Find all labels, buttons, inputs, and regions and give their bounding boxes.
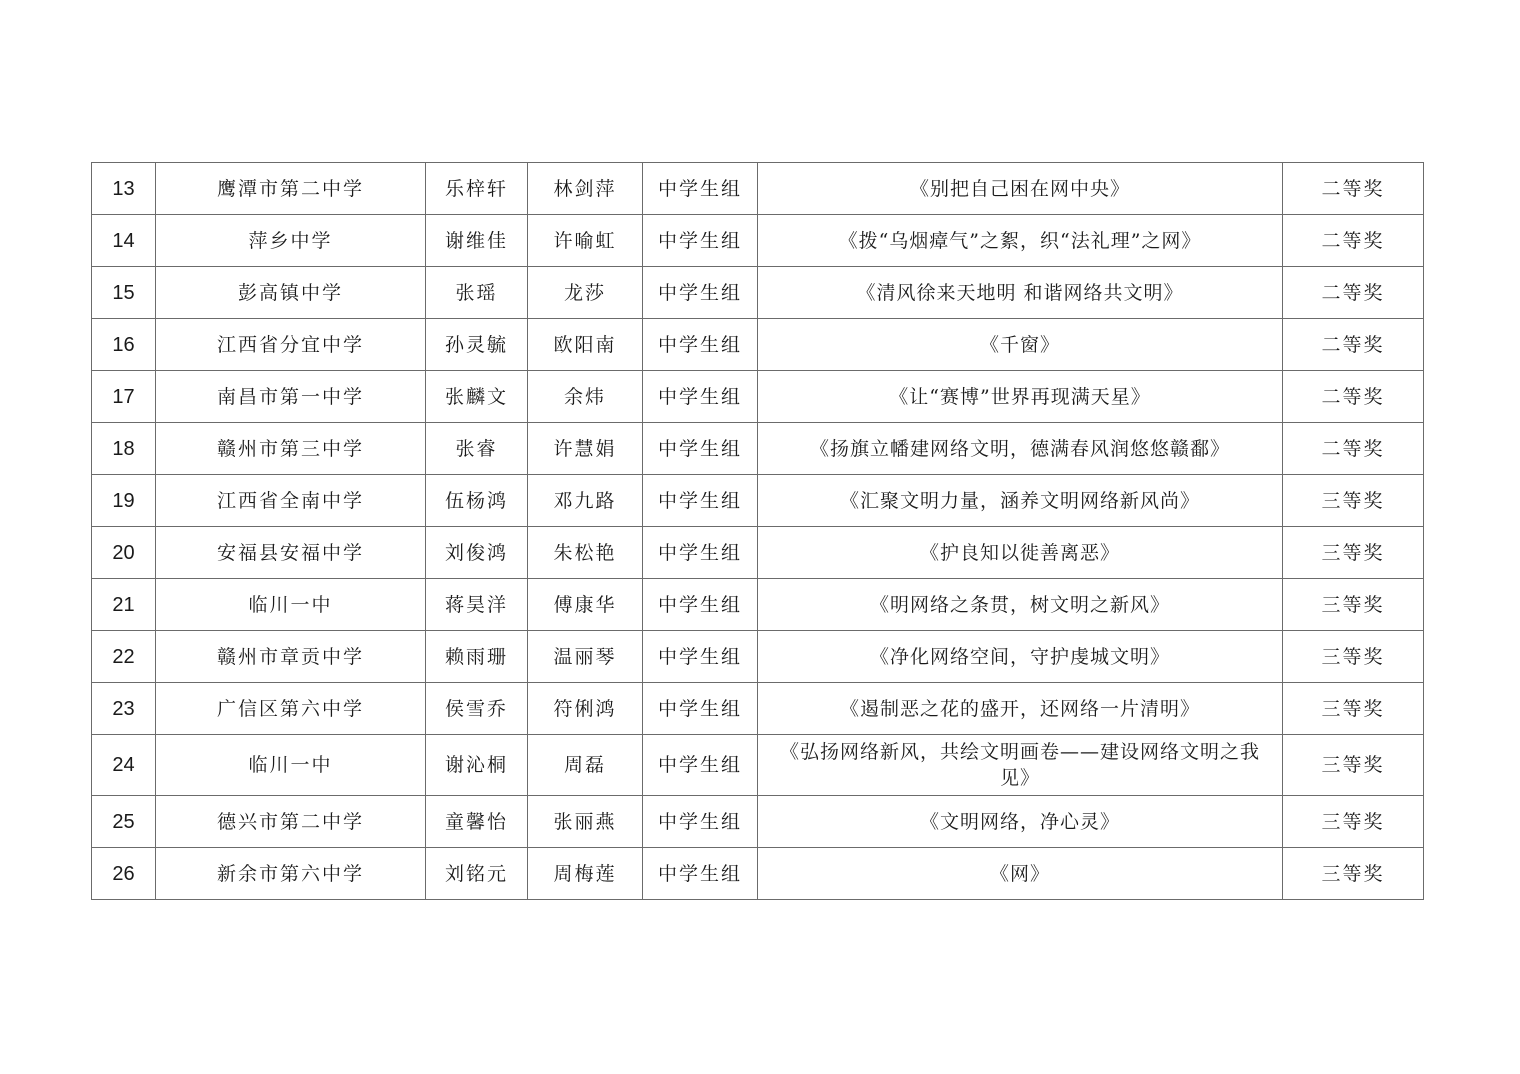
school-cell: 安福县安福中学 bbox=[156, 527, 426, 579]
student-cell: 谢维佳 bbox=[426, 215, 528, 267]
award-cell: 三等奖 bbox=[1283, 796, 1424, 848]
teacher-cell: 邓九路 bbox=[528, 475, 643, 527]
group-cell: 中学生组 bbox=[643, 163, 758, 215]
table-row: 20 安福县安福中学 刘俊鸿 朱松艳 中学生组 《护良知以徙善离恶》 三等奖 bbox=[92, 527, 1424, 579]
awards-table: 13 鹰潭市第二中学 乐梓轩 林剑萍 中学生组 《别把自己困在网中央》 二等奖 … bbox=[91, 162, 1424, 900]
table-row: 24 临川一中 谢沁桐 周磊 中学生组 《弘扬网络新风，共绘文明画卷——建设网络… bbox=[92, 735, 1424, 796]
student-cell: 刘铭元 bbox=[426, 848, 528, 900]
school-cell: 萍乡中学 bbox=[156, 215, 426, 267]
title-cell: 《护良知以徙善离恶》 bbox=[758, 527, 1283, 579]
teacher-cell: 余炜 bbox=[528, 371, 643, 423]
title-cell: 《弘扬网络新风，共绘文明画卷——建设网络文明之我见》 bbox=[758, 735, 1283, 796]
teacher-cell: 符俐鸿 bbox=[528, 683, 643, 735]
table-row: 13 鹰潭市第二中学 乐梓轩 林剑萍 中学生组 《别把自己困在网中央》 二等奖 bbox=[92, 163, 1424, 215]
award-cell: 三等奖 bbox=[1283, 735, 1424, 796]
school-cell: 赣州市章贡中学 bbox=[156, 631, 426, 683]
student-cell: 刘俊鸿 bbox=[426, 527, 528, 579]
award-cell: 三等奖 bbox=[1283, 475, 1424, 527]
row-number: 15 bbox=[92, 267, 156, 319]
award-cell: 三等奖 bbox=[1283, 683, 1424, 735]
school-cell: 鹰潭市第二中学 bbox=[156, 163, 426, 215]
student-cell: 侯雪乔 bbox=[426, 683, 528, 735]
table-row: 14 萍乡中学 谢维佳 许喻虹 中学生组 《拨“乌烟瘴气”之絮，织“法礼理”之网… bbox=[92, 215, 1424, 267]
group-cell: 中学生组 bbox=[643, 579, 758, 631]
school-cell: 南昌市第一中学 bbox=[156, 371, 426, 423]
row-number: 25 bbox=[92, 796, 156, 848]
row-number: 26 bbox=[92, 848, 156, 900]
student-cell: 孙灵毓 bbox=[426, 319, 528, 371]
title-cell: 《净化网络空间，守护虔城文明》 bbox=[758, 631, 1283, 683]
student-cell: 伍杨鸿 bbox=[426, 475, 528, 527]
teacher-cell: 傅康华 bbox=[528, 579, 643, 631]
table-row: 18 赣州市第三中学 张睿 许慧娟 中学生组 《扬旗立幡建网络文明，德满春风润悠… bbox=[92, 423, 1424, 475]
title-cell: 《清风徐来天地明 和谐网络共文明》 bbox=[758, 267, 1283, 319]
row-number: 17 bbox=[92, 371, 156, 423]
award-cell: 三等奖 bbox=[1283, 848, 1424, 900]
row-number: 22 bbox=[92, 631, 156, 683]
award-cell: 二等奖 bbox=[1283, 215, 1424, 267]
teacher-cell: 张丽燕 bbox=[528, 796, 643, 848]
school-cell: 赣州市第三中学 bbox=[156, 423, 426, 475]
group-cell: 中学生组 bbox=[643, 423, 758, 475]
student-cell: 童馨怡 bbox=[426, 796, 528, 848]
group-cell: 中学生组 bbox=[643, 215, 758, 267]
table-row: 16 江西省分宜中学 孙灵毓 欧阳南 中学生组 《千窗》 二等奖 bbox=[92, 319, 1424, 371]
teacher-cell: 许喻虹 bbox=[528, 215, 643, 267]
row-number: 20 bbox=[92, 527, 156, 579]
school-cell: 临川一中 bbox=[156, 735, 426, 796]
teacher-cell: 龙莎 bbox=[528, 267, 643, 319]
student-cell: 蒋昊洋 bbox=[426, 579, 528, 631]
student-cell: 乐梓轩 bbox=[426, 163, 528, 215]
teacher-cell: 周梅莲 bbox=[528, 848, 643, 900]
row-number: 19 bbox=[92, 475, 156, 527]
title-cell: 《网》 bbox=[758, 848, 1283, 900]
school-cell: 江西省全南中学 bbox=[156, 475, 426, 527]
title-cell: 《遏制恶之花的盛开，还网络一片清明》 bbox=[758, 683, 1283, 735]
student-cell: 张麟文 bbox=[426, 371, 528, 423]
title-cell: 《汇聚文明力量，涵养文明网络新风尚》 bbox=[758, 475, 1283, 527]
school-cell: 广信区第六中学 bbox=[156, 683, 426, 735]
award-cell: 二等奖 bbox=[1283, 319, 1424, 371]
row-number: 13 bbox=[92, 163, 156, 215]
table-row: 21 临川一中 蒋昊洋 傅康华 中学生组 《明网络之条贯，树文明之新风》 三等奖 bbox=[92, 579, 1424, 631]
teacher-cell: 欧阳南 bbox=[528, 319, 643, 371]
group-cell: 中学生组 bbox=[643, 475, 758, 527]
table-row: 26 新余市第六中学 刘铭元 周梅莲 中学生组 《网》 三等奖 bbox=[92, 848, 1424, 900]
table-row: 23 广信区第六中学 侯雪乔 符俐鸿 中学生组 《遏制恶之花的盛开，还网络一片清… bbox=[92, 683, 1424, 735]
row-number: 18 bbox=[92, 423, 156, 475]
title-cell: 《文明网络，净心灵》 bbox=[758, 796, 1283, 848]
title-cell: 《让“赛博”世界再现满天星》 bbox=[758, 371, 1283, 423]
group-cell: 中学生组 bbox=[643, 631, 758, 683]
title-cell: 《千窗》 bbox=[758, 319, 1283, 371]
table-row: 22 赣州市章贡中学 赖雨珊 温丽琴 中学生组 《净化网络空间，守护虔城文明》 … bbox=[92, 631, 1424, 683]
table-row: 19 江西省全南中学 伍杨鸿 邓九路 中学生组 《汇聚文明力量，涵养文明网络新风… bbox=[92, 475, 1424, 527]
table-row: 15 彭高镇中学 张瑶 龙莎 中学生组 《清风徐来天地明 和谐网络共文明》 二等… bbox=[92, 267, 1424, 319]
teacher-cell: 许慧娟 bbox=[528, 423, 643, 475]
student-cell: 张睿 bbox=[426, 423, 528, 475]
group-cell: 中学生组 bbox=[643, 527, 758, 579]
row-number: 14 bbox=[92, 215, 156, 267]
award-cell: 二等奖 bbox=[1283, 423, 1424, 475]
row-number: 23 bbox=[92, 683, 156, 735]
school-cell: 新余市第六中学 bbox=[156, 848, 426, 900]
award-cell: 二等奖 bbox=[1283, 371, 1424, 423]
group-cell: 中学生组 bbox=[643, 848, 758, 900]
group-cell: 中学生组 bbox=[643, 735, 758, 796]
group-cell: 中学生组 bbox=[643, 267, 758, 319]
award-cell: 二等奖 bbox=[1283, 267, 1424, 319]
award-cell: 二等奖 bbox=[1283, 163, 1424, 215]
title-cell: 《别把自己困在网中央》 bbox=[758, 163, 1283, 215]
teacher-cell: 朱松艳 bbox=[528, 527, 643, 579]
student-cell: 张瑶 bbox=[426, 267, 528, 319]
award-cell: 三等奖 bbox=[1283, 631, 1424, 683]
student-cell: 赖雨珊 bbox=[426, 631, 528, 683]
table-row: 17 南昌市第一中学 张麟文 余炜 中学生组 《让“赛博”世界再现满天星》 二等… bbox=[92, 371, 1424, 423]
award-cell: 三等奖 bbox=[1283, 579, 1424, 631]
group-cell: 中学生组 bbox=[643, 371, 758, 423]
group-cell: 中学生组 bbox=[643, 319, 758, 371]
table-row: 25 德兴市第二中学 童馨怡 张丽燕 中学生组 《文明网络，净心灵》 三等奖 bbox=[92, 796, 1424, 848]
teacher-cell: 温丽琴 bbox=[528, 631, 643, 683]
teacher-cell: 林剑萍 bbox=[528, 163, 643, 215]
school-cell: 江西省分宜中学 bbox=[156, 319, 426, 371]
title-cell: 《拨“乌烟瘴气”之絮，织“法礼理”之网》 bbox=[758, 215, 1283, 267]
school-cell: 彭高镇中学 bbox=[156, 267, 426, 319]
award-cell: 三等奖 bbox=[1283, 527, 1424, 579]
title-cell: 《扬旗立幡建网络文明，德满春风润悠悠赣鄱》 bbox=[758, 423, 1283, 475]
row-number: 16 bbox=[92, 319, 156, 371]
row-number: 24 bbox=[92, 735, 156, 796]
title-cell: 《明网络之条贯，树文明之新风》 bbox=[758, 579, 1283, 631]
group-cell: 中学生组 bbox=[643, 796, 758, 848]
group-cell: 中学生组 bbox=[643, 683, 758, 735]
row-number: 21 bbox=[92, 579, 156, 631]
school-cell: 德兴市第二中学 bbox=[156, 796, 426, 848]
teacher-cell: 周磊 bbox=[528, 735, 643, 796]
document-page: 13 鹰潭市第二中学 乐梓轩 林剑萍 中学生组 《别把自己困在网中央》 二等奖 … bbox=[0, 0, 1520, 1074]
student-cell: 谢沁桐 bbox=[426, 735, 528, 796]
school-cell: 临川一中 bbox=[156, 579, 426, 631]
